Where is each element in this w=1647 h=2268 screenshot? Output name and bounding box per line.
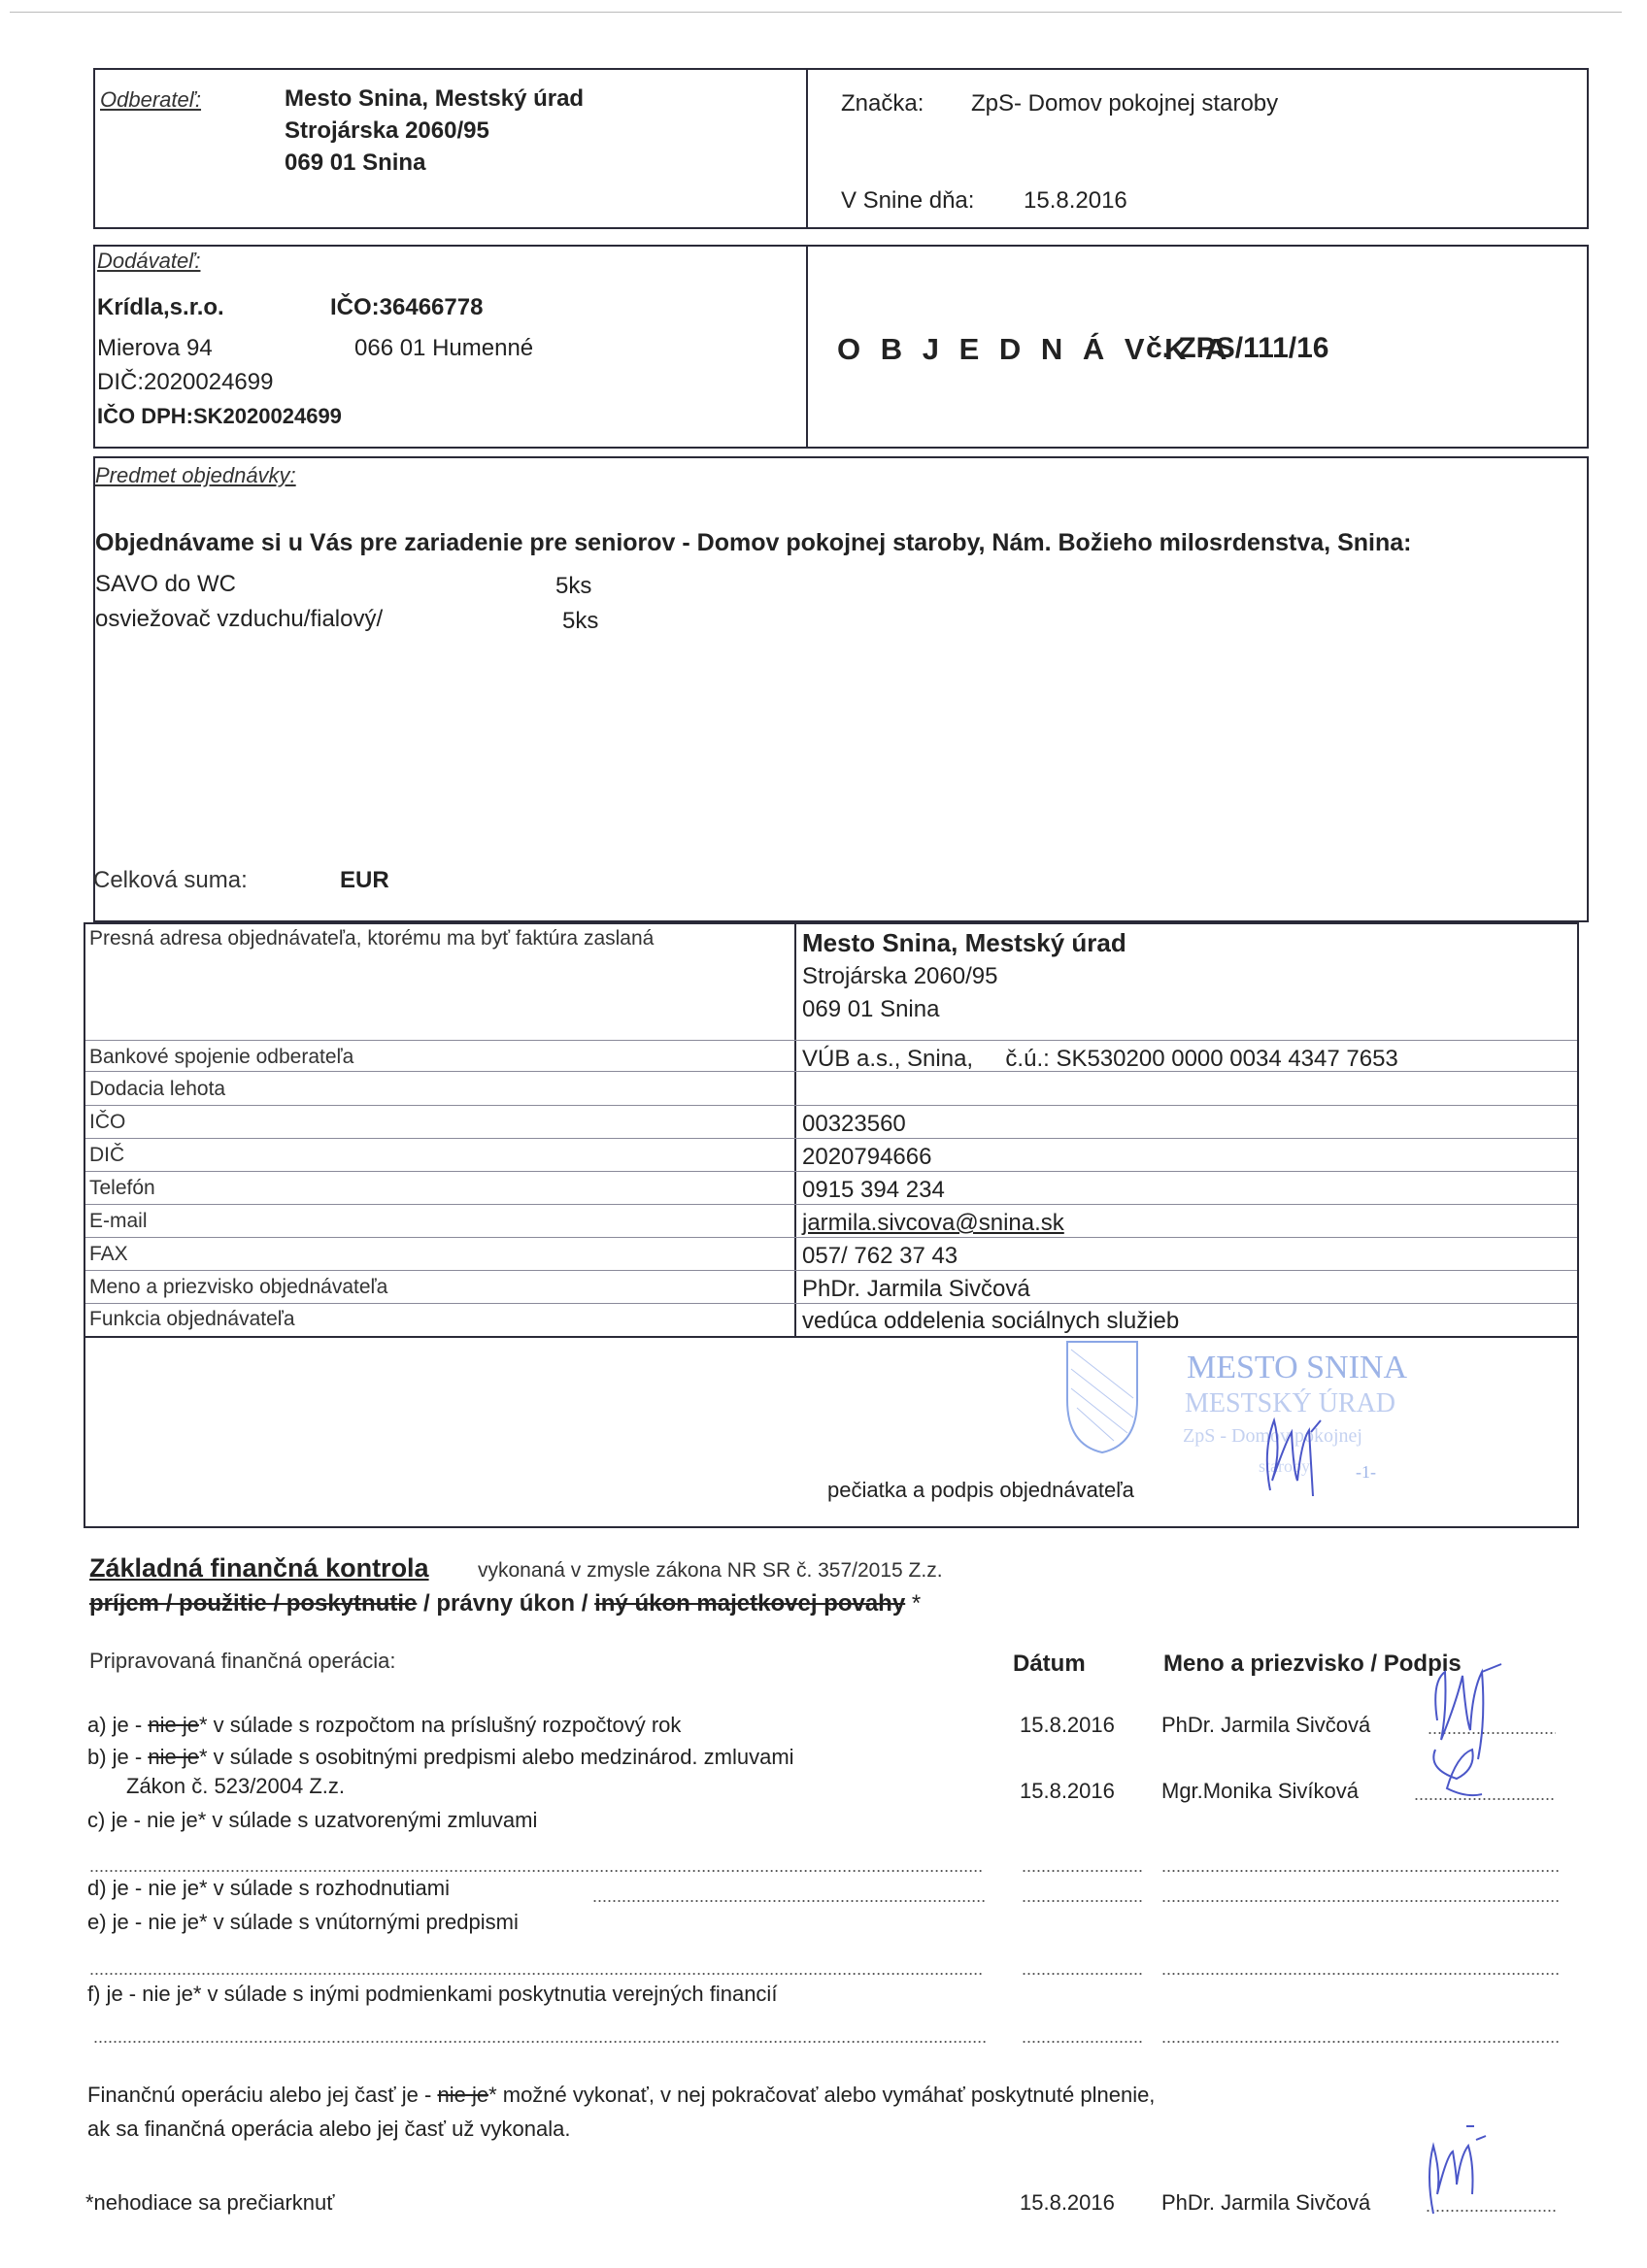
row-label-ico: IČO: [89, 1111, 125, 1134]
signature-icon: [1418, 1662, 1505, 1808]
row-divider: [85, 1105, 1577, 1106]
row-value-fax: 057/ 762 37 43: [802, 1243, 958, 1270]
details-divider: [794, 922, 796, 1338]
row-value-name: PhDr. Jarmila Sivčová: [802, 1276, 1030, 1303]
supplier-ic-dph: IČO DPH:SK2020024699: [97, 404, 342, 429]
stamp-line: MESTO SNINA: [1187, 1350, 1407, 1386]
check-b: b) je - nie je* v súlade s osobitnými pr…: [87, 1745, 794, 1770]
operation-label: Pripravovaná finančná operácia:: [89, 1649, 396, 1674]
control-title-suffix: vykonaná v zmysle zákona NR SR č. 357/20…: [478, 1559, 943, 1583]
row-value-ico: 00323560: [802, 1111, 906, 1138]
operation-type-struck: iný úkon majetkovej povahy: [594, 1590, 905, 1617]
row-divider: [85, 1138, 1577, 1139]
row-divider: [85, 1171, 1577, 1172]
check-f: f) je - nie je* v súlade s inými podmien…: [87, 1982, 777, 2007]
row-value-function: vedúca oddelenia sociálnych služieb: [802, 1308, 1179, 1335]
address-label: Presná adresa objednávateľa, ktorému ma …: [89, 927, 654, 951]
operation-type-line: príjem / použitie / poskytnutie / právny…: [89, 1590, 921, 1618]
row-label-function: Funkcia objednávateľa: [89, 1308, 295, 1331]
subject-intro: Objednávame si u Vás pre zariadenie pre …: [95, 529, 1411, 557]
order-item-name: SAVO do WC: [95, 571, 236, 598]
row-label-bank: Bankové spojenie odberateľa: [89, 1046, 353, 1069]
supplier-divider: [806, 245, 808, 449]
dotted-line: ........................................…: [89, 1856, 983, 1877]
dotted-line: ........................................…: [93, 2027, 987, 2048]
signature-icon: [1418, 2117, 1496, 2223]
order-item-name: osviežovač vzduchu/fialový/: [95, 606, 383, 633]
dotted-line: ..................................: [1022, 1856, 1142, 1877]
check-b-law: Zákon č. 523/2004 Z.z.: [126, 1774, 345, 1799]
odberatel-name: Mesto Snina, Mestský úrad: [285, 85, 584, 113]
final-prefix: Finančnú operáciu alebo jej časť je -: [87, 2083, 437, 2107]
row-divider: [85, 1204, 1577, 1205]
dotted-line: ..................................: [1022, 1886, 1142, 1907]
odberatel-label: Odberateľ:: [100, 87, 201, 113]
stamp-line: -1-: [1356, 1462, 1376, 1483]
final-date: 15.8.2016: [1020, 2190, 1115, 2216]
address-street: Strojárska 2060/95: [802, 963, 997, 990]
date-value: 15.8.2016: [1024, 187, 1127, 215]
order-item-qty: 5ks: [555, 573, 591, 600]
row-divider: [85, 1303, 1577, 1304]
check-a: a) je - nie je* v súlade s rozpočtom na …: [87, 1713, 681, 1738]
dotted-line: ..................................: [1022, 1959, 1142, 1980]
final-statement-line2: ak sa finančná operácia alebo jej časť u…: [87, 2117, 570, 2142]
odberatel-city: 069 01 Snina: [285, 150, 425, 177]
operation-type-selected: / právny úkon /: [417, 1590, 594, 1617]
check-b-date: 15.8.2016: [1020, 1779, 1115, 1804]
row-label-delivery: Dodacia lehota: [89, 1078, 225, 1101]
dotted-line: ........................................…: [1161, 1886, 1560, 1907]
check-text: * v súlade s rozpočtom na príslušný rozp…: [199, 1713, 681, 1737]
check-d: d) je - nie je* v súlade s rozhodnutiami: [87, 1876, 450, 1901]
total-label: Celková suma:: [93, 867, 248, 894]
control-title: Základná finančná kontrola: [89, 1553, 429, 1584]
supplier-ico: IČO:36466778: [330, 294, 483, 321]
email-link[interactable]: jarmila.sivcova@snina.sk: [802, 1210, 1064, 1237]
supplier-street: Mierova 94: [97, 335, 213, 362]
address-name: Mesto Snina, Mestský úrad: [802, 928, 1126, 958]
row-divider: [85, 1270, 1577, 1271]
order-number: č. ZPS/111/16: [1146, 332, 1328, 365]
row-label-phone: Telefón: [89, 1177, 155, 1200]
footnote: *nehodiace sa prečiarknuť: [85, 2190, 335, 2216]
final-struck: nie je: [437, 2083, 488, 2107]
row-label-fax: FAX: [89, 1243, 128, 1266]
check-e: e) je - nie je* v súlade s vnútornými pr…: [87, 1910, 519, 1935]
supplier-city: 066 01 Humenné: [354, 335, 533, 362]
row-divider: [85, 1040, 1577, 1041]
signature-icon: [1253, 1413, 1330, 1500]
dotted-line: ........................................…: [1161, 1959, 1560, 1980]
subject-label: Predmet objednávky:: [95, 463, 296, 488]
stamp-label: pečiatka a podpis objednávateľa: [827, 1478, 1134, 1503]
check-a-date: 15.8.2016: [1020, 1713, 1115, 1738]
dotted-line: ........................................…: [89, 1959, 983, 1980]
dotted-line: ........................................…: [592, 1886, 985, 1907]
scan-edge-line: [10, 12, 1622, 13]
dotted-line: ........................................…: [1161, 1856, 1560, 1877]
check-struck: nie je: [148, 1713, 199, 1737]
check-a-name: PhDr. Jarmila Sivčová: [1161, 1713, 1370, 1738]
znacka-value: ZpS- Domov pokojnej staroby: [971, 90, 1278, 117]
final-statement: Finančnú operáciu alebo jej časť je - ni…: [87, 2083, 1155, 2108]
column-name-header: Meno a priezvisko / Podpis: [1163, 1651, 1462, 1678]
header-divider: [806, 68, 808, 229]
dodavatel-label: Dodávateľ:: [97, 249, 200, 274]
final-name: PhDr. Jarmila Sivčová: [1161, 2190, 1370, 2216]
column-date-header: Dátum: [1013, 1651, 1086, 1678]
check-prefix: a) je -: [87, 1713, 148, 1737]
row-divider: [85, 1237, 1577, 1238]
coat-of-arms-icon: [1063, 1340, 1141, 1454]
check-text: * v súlade s osobitnými predpismi alebo …: [199, 1745, 794, 1769]
row-label-name: Meno a priezvisko objednávateľa: [89, 1276, 387, 1299]
address-city: 069 01 Snina: [802, 996, 939, 1023]
row-value-phone: 0915 394 234: [802, 1177, 945, 1204]
order-item-qty: 5ks: [562, 608, 598, 635]
row-label-dic: DIČ: [89, 1144, 124, 1167]
check-c: c) je - nie je* v súlade s uzatvorenými …: [87, 1808, 537, 1833]
row-value-bank: VÚB a.s., Snina, č.ú.: SK530200 0000 003…: [802, 1046, 1398, 1073]
final-text: * možné vykonať, v nej pokračovať alebo …: [488, 2083, 1155, 2107]
check-struck: nie je: [148, 1745, 199, 1769]
supplier-dic: DIČ:2020024699: [97, 369, 273, 396]
dotted-line: ........................................…: [1161, 2027, 1560, 2048]
operation-type-struck: príjem / použitie / poskytnutie: [89, 1590, 417, 1617]
asterisk: *: [905, 1590, 921, 1617]
odberatel-street: Strojárska 2060/95: [285, 117, 489, 145]
row-label-email: E-mail: [89, 1210, 148, 1233]
znacka-label: Značka:: [841, 90, 924, 117]
dotted-line: ..................................: [1022, 2027, 1142, 2048]
total-currency: EUR: [340, 867, 389, 894]
subject-box: [93, 456, 1589, 922]
row-value-dic: 2020794666: [802, 1144, 931, 1171]
date-label: V Snine dňa:: [841, 187, 974, 215]
supplier-name: Krídla,s.r.o.: [97, 294, 224, 321]
check-b-name: Mgr.Monika Sivíková: [1161, 1779, 1359, 1804]
check-prefix: b) je -: [87, 1745, 148, 1769]
